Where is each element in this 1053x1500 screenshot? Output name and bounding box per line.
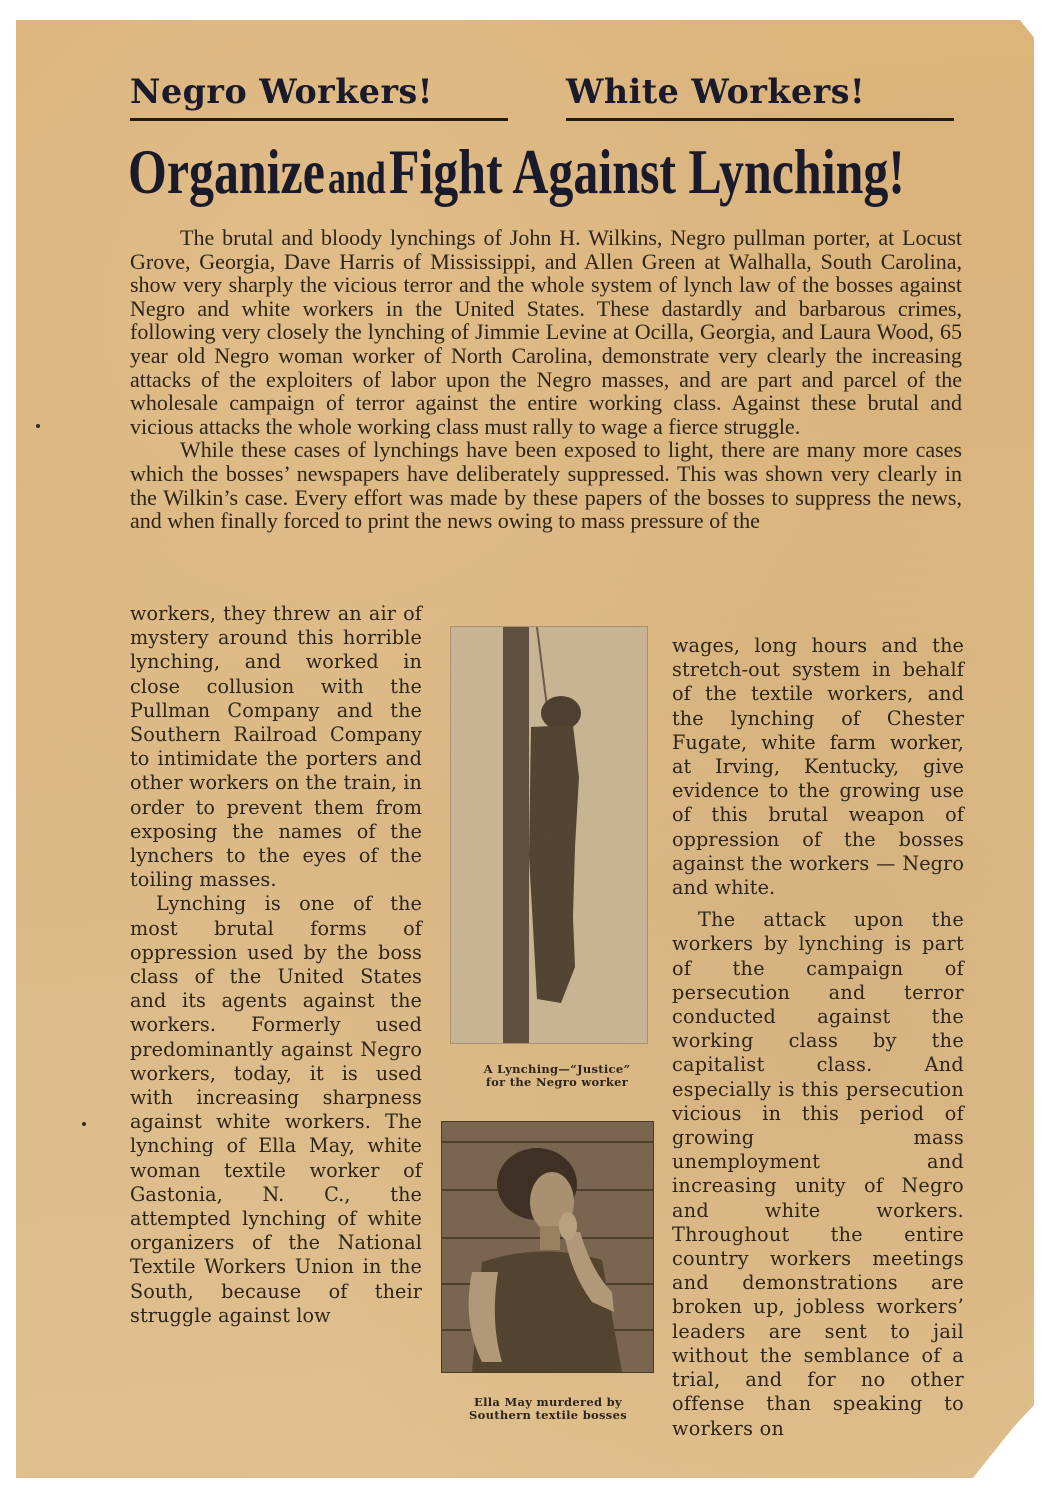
paper-speck	[82, 1122, 86, 1126]
left-column-paragraph: Lynching is one of the most brutal forms…	[130, 892, 422, 1328]
intro-text: The brutal and bloody lynchings of John …	[130, 226, 962, 533]
lynching-image	[451, 627, 647, 1043]
lynching-caption: A Lynching—“Justice” for the Negro worke…	[452, 1063, 662, 1089]
left-column-continuation: workers, they threw an air of mystery ar…	[130, 602, 422, 892]
right-column-paragraph: The attack upon the workers by lynching …	[672, 908, 964, 1440]
paper-speck	[36, 424, 40, 428]
left-column: workers, they threw an air of mystery ar…	[130, 602, 422, 1328]
headline: Organize and Fight Against Lynching!	[128, 140, 960, 204]
right-column-continuation: wages, long hours and the stretch-out sy…	[672, 634, 964, 900]
intro-paragraph-1: The brutal and bloody lynchings of John …	[130, 226, 962, 438]
ella-may-portrait	[442, 1122, 653, 1372]
kicker-negro-workers: Negro Workers!	[130, 72, 508, 121]
lynching-photo	[450, 626, 648, 1044]
ella-may-caption: Ella May murdered by Southern textile bo…	[436, 1396, 660, 1422]
right-column: wages, long hours and the stretch-out sy…	[672, 634, 964, 1441]
intro-paragraph-2: While these cases of lynchings have been…	[130, 438, 962, 532]
headline-fight: Fight Against Lynching!	[389, 136, 905, 207]
headline-organize: Organize	[128, 136, 325, 207]
headline-and: and	[328, 152, 386, 203]
ella-may-photo	[441, 1121, 654, 1373]
kicker-white-workers: White Workers!	[566, 72, 954, 121]
